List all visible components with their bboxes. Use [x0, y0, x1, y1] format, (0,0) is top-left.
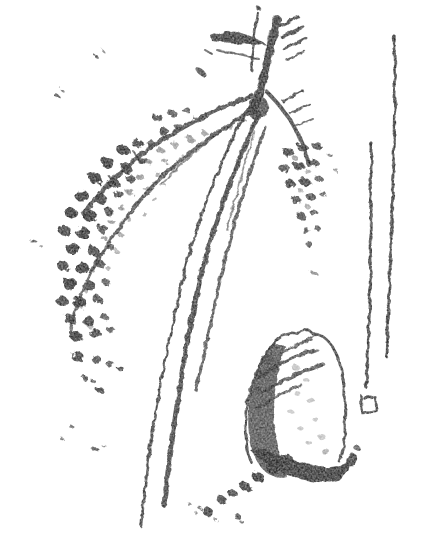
ink-drawing-canvas [0, 0, 431, 544]
print-grain-overlay [0, 0, 431, 544]
ink-print-page [0, 0, 431, 544]
